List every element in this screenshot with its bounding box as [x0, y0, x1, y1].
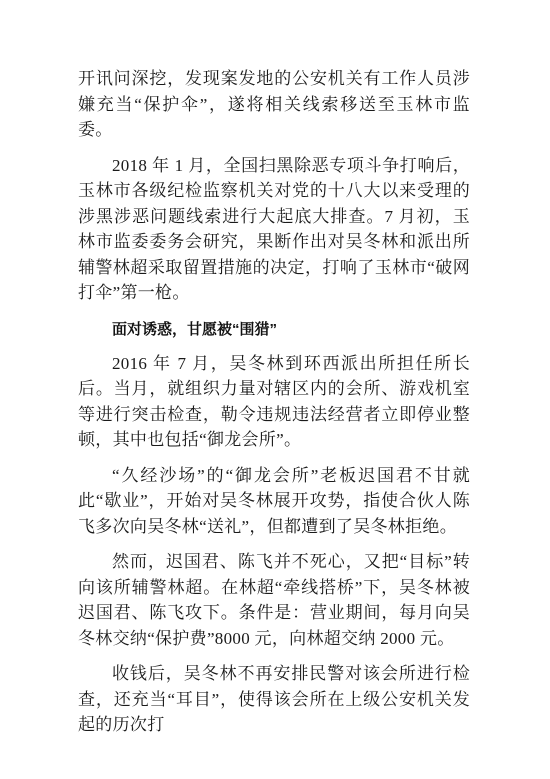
document-content: 开讯问深挖，发现案发地的公安机关有工作人员涉嫌充当“保护伞”，遂将相关线索移送至…: [78, 66, 470, 748]
paragraph: 然而，迟国君、陈飞并不死心，又把“目标”转向该所辅警林超。在林超“牵线搭桥”下，…: [78, 549, 470, 651]
section-heading: 面对诱惑，甘愿被“围猎”: [112, 319, 470, 341]
paragraph: 2016 年 7 月，吴冬林到环西派出所担任所长后。当月，就组织力量对辖区内的会…: [78, 351, 470, 453]
paragraph: 2018 年 1 月，全国扫黑除恶专项斗争打响后，玉林市各级纪检监察机关对党的十…: [78, 153, 470, 306]
paragraph-continuation: 开讯问深挖，发现案发地的公安机关有工作人员涉嫌充当“保护伞”，遂将相关线索移送至…: [78, 66, 470, 143]
document-page: 开讯问深挖，发现案发地的公安机关有工作人员涉嫌充当“保护伞”，遂将相关线索移送至…: [0, 0, 550, 779]
paragraph-continues-next-page: 收钱后，吴冬林不再安排民警对该会所进行检查，还充当“耳目”，使得该会所在上级公安…: [78, 661, 470, 738]
paragraph: “久经沙场”的“御龙会所”老板迟国君不甘就此“歇业”，开始对吴冬林展开攻势，指使…: [78, 463, 470, 540]
